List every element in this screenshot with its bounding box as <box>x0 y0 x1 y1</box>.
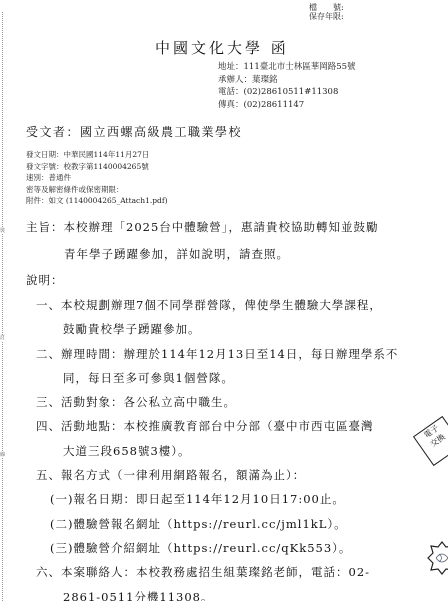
item-5-3-intro-url[interactable]: (三)體驗營介紹網址（https://reurl.cc/qKk553）。 <box>50 540 351 556</box>
item-4-line-1: 四、活動地點：本校推廣教育部台中分部（臺中市西屯區臺灣 <box>36 418 374 434</box>
seal-stamp-icon <box>427 540 448 576</box>
binding-char-1: 裝 <box>0 228 5 234</box>
item-6-line-2: 2861-0511分機11308。 <box>63 589 214 601</box>
item-1-line-2: 鼓勵貴校學子踴躍參加。 <box>63 321 201 337</box>
item-5-line-1: 五、報名方式（一律利用網路報名，額滿為止）： <box>36 467 305 483</box>
binding-line <box>2 12 3 601</box>
item-2-line-2: 同，每日至多可參與1個營隊。 <box>63 370 234 386</box>
file-number-label: 檔 號: <box>309 3 344 12</box>
issue-date: 發文日期：中華民國114年11月27日 <box>26 149 149 161</box>
binding-char-2: 訂 <box>0 335 5 341</box>
item-5-2-registration-url[interactable]: (二)體驗營報名網址（https://reurl.cc/jml1kL）。 <box>50 516 347 532</box>
recipient: 受文者：國立西螺高級農工職業學校 <box>26 123 242 140</box>
secrecy-level: 密等及解密條件或保密期限： <box>26 184 124 196</box>
contact-fax: 傳真：(02)28611147 <box>218 99 304 112</box>
item-1-line-1: 一、本校規劃辦理7個不同學群營隊，俾使學生體驗大學課程， <box>36 297 382 313</box>
item-5-1: (一)報名日期：即日起至114年12月10日17:00止。 <box>50 491 345 507</box>
contact-handler: 承辦人：葉璨銘 <box>218 74 278 87</box>
contact-phone: 電話：(02)28610511#11308 <box>218 86 338 99</box>
attachment-link[interactable]: 附件：如文 (1140004265_Attach1.pdf) <box>26 195 168 207</box>
contact-address: 地址：111臺北市士林區華岡路55號 <box>218 61 356 74</box>
delivery-speed: 速別：普通件 <box>26 172 71 184</box>
item-3-line-1: 三、活動對象：各公私立高中職生。 <box>36 394 236 410</box>
item-6-line-1: 六、本案聯絡人：本校教務處招生組葉璨銘老師，電話：02- <box>36 564 370 580</box>
subject-line-1: 主旨：本校辦理「2025台中體驗營」，惠請貴校協助轉知並鼓勵 <box>26 219 379 235</box>
binding-char-3: 線 <box>0 452 5 458</box>
explanation-heading: 說明： <box>26 272 64 288</box>
subject-line-2: 青年學子踴躍參加，詳如說明，請查照。 <box>64 246 289 262</box>
issue-number: 發文字號：校教字第1140004265號 <box>26 161 149 173</box>
document-title: 中國文化大學 函 <box>155 37 289 58</box>
electronic-exchange-stamp: 電子 交換 <box>413 416 448 466</box>
retention-label: 保存年限: <box>309 12 344 21</box>
item-2-line-1: 二、辦理時間：辦理於114年12月13日至14日，每日辦理學系不 <box>36 346 398 362</box>
item-4-line-2: 大道三段658號3樓）。 <box>63 443 191 459</box>
